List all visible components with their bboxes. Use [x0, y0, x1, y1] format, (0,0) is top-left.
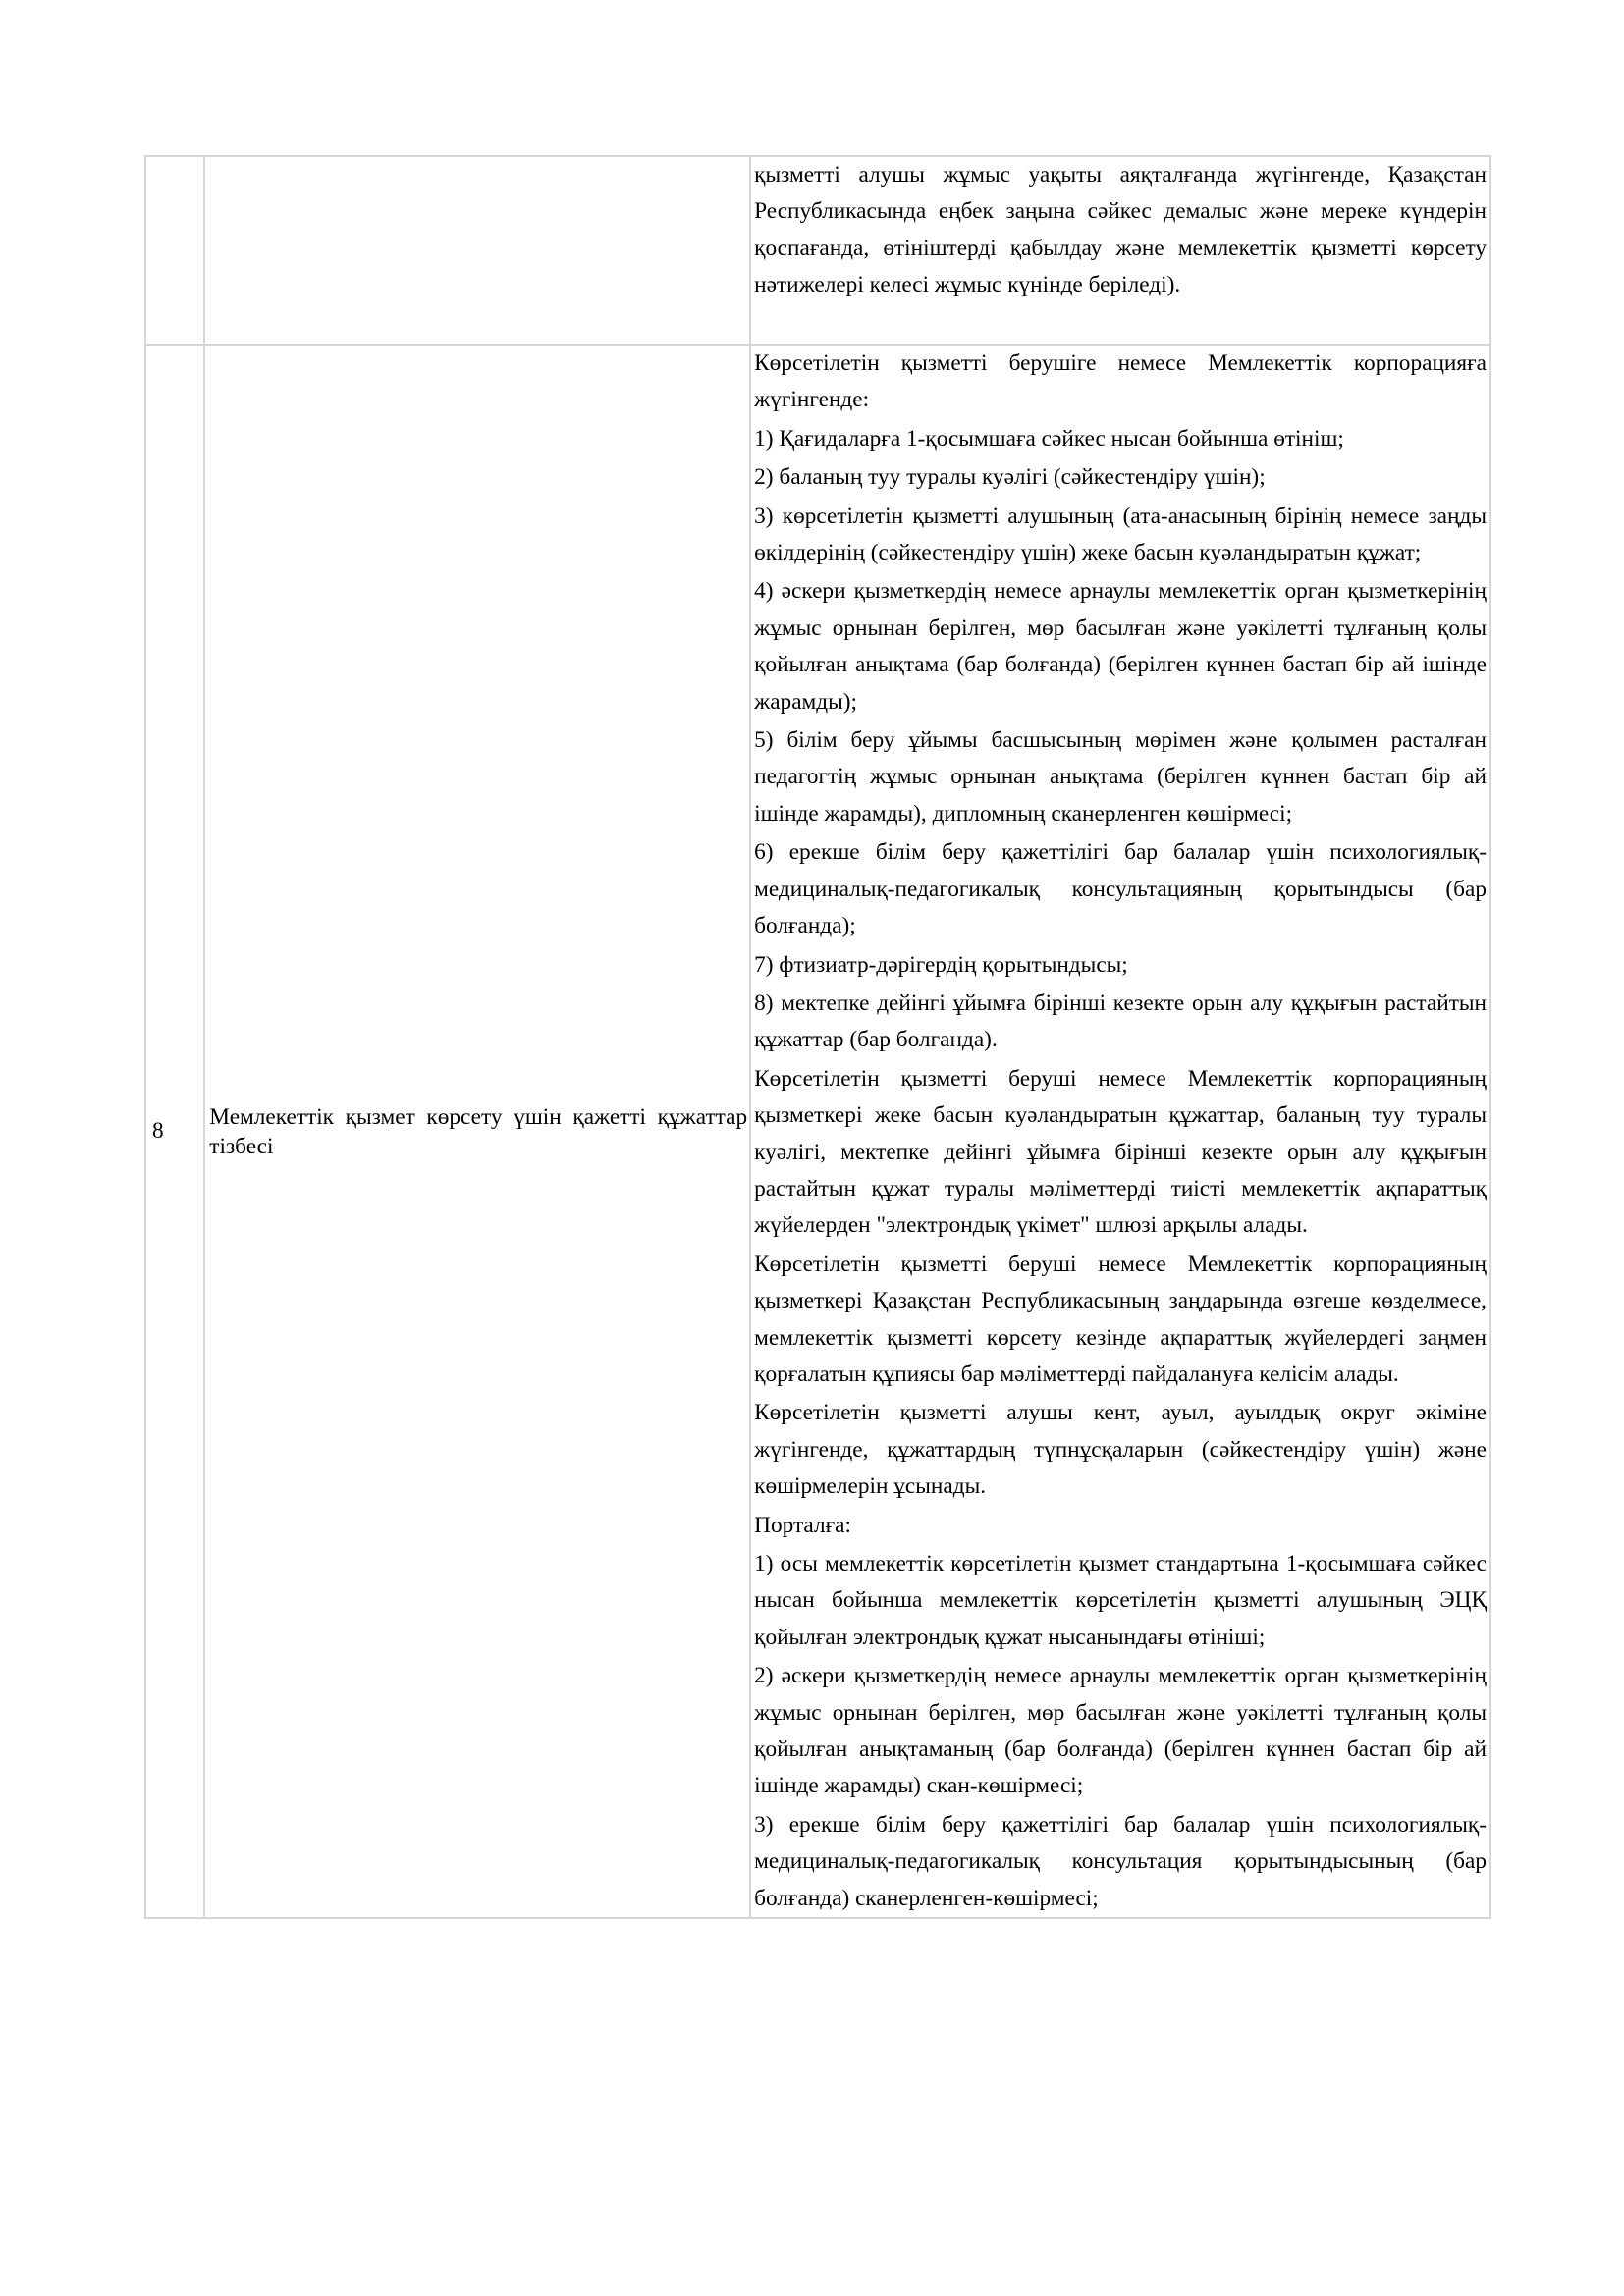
- description-paragraph: Көрсетілетін қызметті алушы кент, ауыл, …: [754, 1395, 1487, 1505]
- list-item: 3) ерекше білім беру қажеттілігі бар бал…: [754, 1807, 1487, 1917]
- portal-heading: Порталға:: [754, 1508, 1487, 1544]
- row-number-cell: [145, 156, 204, 345]
- row-number-cell: 8: [145, 345, 204, 1918]
- table-row-8: 8 Мемлекеттік қызмет көрсету үшін қажетт…: [145, 345, 1490, 1918]
- document-table: қызметті алушы жұмыс уақыты аяқталғанда …: [144, 155, 1491, 1919]
- list-item: 7) фтизиатр-дәрігердің қорытындысы;: [754, 947, 1487, 984]
- description-paragraph: Көрсетілетін қызметті беруші немесе Мемл…: [754, 1247, 1487, 1394]
- list-item: 2) баланың туу туралы куәлігі (сәйкестен…: [754, 459, 1487, 496]
- row-description-cell: Көрсетілетін қызметті берушіге немесе Ме…: [750, 345, 1490, 1918]
- table-row-continuation: қызметті алушы жұмыс уақыты аяқталғанда …: [145, 156, 1490, 345]
- row-name-cell: Мемлекеттік қызмет көрсету үшін қажетті …: [204, 345, 750, 1918]
- list-item: 1) осы мемлекеттік көрсетілетін қызмет с…: [754, 1546, 1487, 1656]
- list-item: 6) ерекше білім беру қажеттілігі бар бал…: [754, 834, 1487, 944]
- list-item: 2) әскери қызметкердің немесе арнаулы ме…: [754, 1658, 1487, 1805]
- description-paragraph: Көрсетілетін қызметті беруші немесе Мемл…: [754, 1061, 1487, 1245]
- list-item: 5) білім беру ұйымы басшысының мөрімен ж…: [754, 722, 1487, 832]
- description-paragraph: Көрсетілетін қызметті берушіге немесе Ме…: [754, 346, 1487, 419]
- description-paragraph: қызметті алушы жұмыс уақыты аяқталғанда …: [754, 157, 1487, 304]
- list-item: 8) мектепке дейінгі ұйымға бірінші кезек…: [754, 986, 1487, 1059]
- list-item: 3) көрсетілетін қызметті алушының (ата-а…: [754, 499, 1487, 572]
- row-description-cell: қызметті алушы жұмыс уақыты аяқталғанда …: [750, 156, 1490, 345]
- list-item: 1) Қағидаларға 1-қосымшаға сәйкес нысан …: [754, 421, 1487, 457]
- row-name-cell: [204, 156, 750, 345]
- list-item: 4) әскери қызметкердің немесе арнаулы ме…: [754, 573, 1487, 721]
